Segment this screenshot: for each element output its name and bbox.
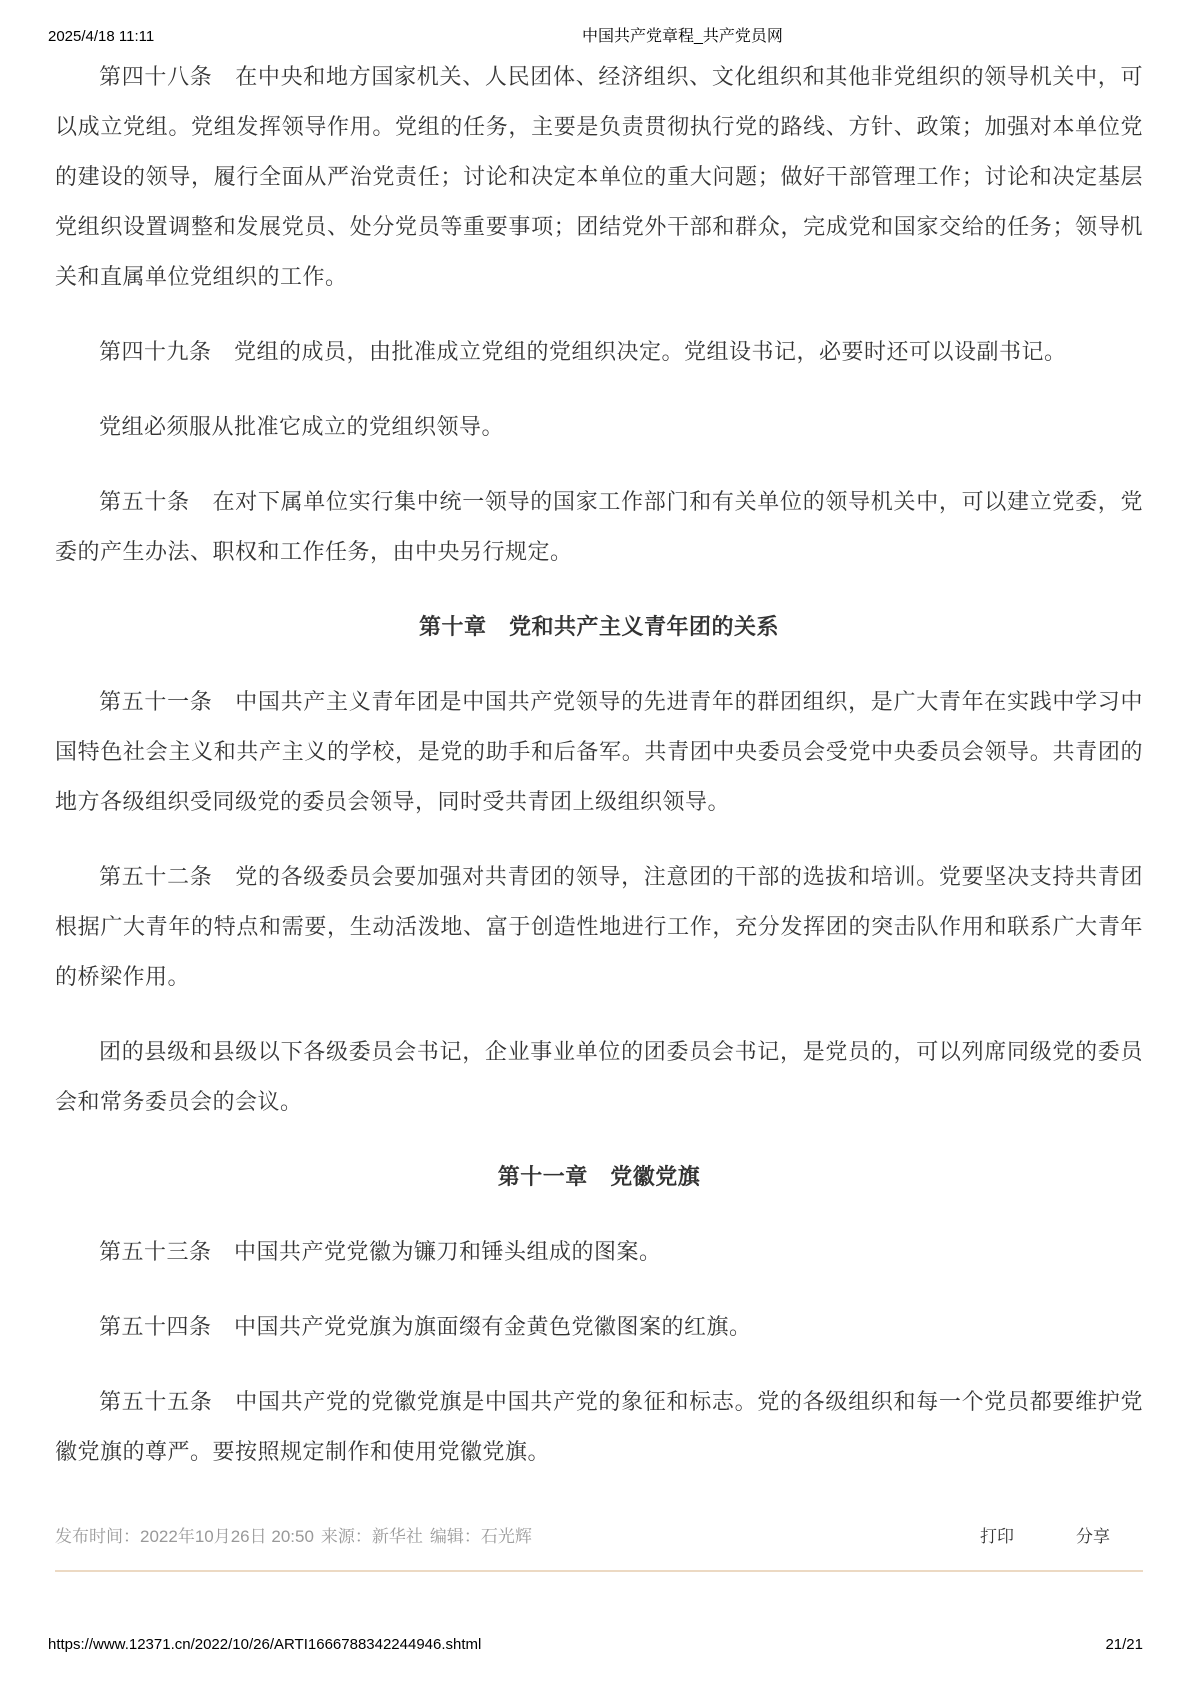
article-paragraph: 第四十九条 党组的成员，由批准成立党组的党组织决定。党组设书记，必要时还可以设副… <box>55 327 1143 377</box>
article-paragraph: 第五十四条 中国共产党党旗为旗面缀有金黄色党徽图案的红旗。 <box>55 1302 1143 1352</box>
article-paragraph: 第五十条 在对下属单位实行集中统一领导的国家工作部门和有关单位的领导机关中，可以… <box>55 477 1143 577</box>
article-paragraph: 党组必须服从批准它成立的党组织领导。 <box>55 402 1143 452</box>
article-meta-row: 发布时间：2022年10月26日 20:50来源：新华社编辑：石光辉 打印 分享 <box>55 1525 1143 1549</box>
page-indicator: 21/21 <box>1105 1636 1143 1654</box>
publish-info: 发布时间：2022年10月26日 20:50来源：新华社编辑：石光辉 <box>55 1525 980 1549</box>
article-paragraph: 第五十三条 中国共产党党徽为镰刀和锤头组成的图案。 <box>55 1227 1143 1277</box>
print-footer-url: https://www.12371.cn/2022/10/26/ARTI1666… <box>48 1636 481 1654</box>
article-blocks: 第四十八条 在中央和地方国家机关、人民团体、经济组织、文化组织和其他非党组织的领… <box>55 52 1143 1477</box>
article-paragraph: 第五十五条 中国共产党的党徽党旗是中国共产党的象征和标志。党的各级组织和每一个党… <box>55 1377 1143 1477</box>
print-button[interactable]: 打印 <box>980 1525 1014 1549</box>
chapter-heading: 第十章 党和共产主义青年团的关系 <box>55 602 1143 652</box>
article-paragraph: 团的县级和县级以下各级委员会书记，企业事业单位的团委员会书记，是党员的，可以列席… <box>55 1027 1143 1127</box>
source-value: 新华社 <box>372 1527 423 1546</box>
editor-label: 编辑： <box>430 1527 481 1546</box>
publish-time-value: 2022年10月26日 20:50 <box>140 1527 314 1546</box>
article-content: 第四十八条 在中央和地方国家机关、人民团体、经济组织、文化组织和其他非党组织的领… <box>55 0 1143 1572</box>
chapter-heading: 第十一章 党徽党旗 <box>55 1152 1143 1202</box>
content-divider <box>55 1570 1143 1572</box>
editor-value: 石光辉 <box>481 1527 532 1546</box>
article-paragraph: 第五十二条 党的各级委员会要加强对共青团的领导，注意团的干部的选拔和培训。党要坚… <box>55 852 1143 1002</box>
share-button[interactable]: 分享 <box>1076 1525 1110 1549</box>
publish-time-label: 发布时间： <box>55 1527 140 1546</box>
source-label: 来源： <box>321 1527 372 1546</box>
print-footer: https://www.12371.cn/2022/10/26/ARTI1666… <box>48 1636 1143 1654</box>
article-paragraph: 第四十八条 在中央和地方国家机关、人民团体、经济组织、文化组织和其他非党组织的领… <box>55 52 1143 302</box>
article-paragraph: 第五十一条 中国共产主义青年团是中国共产党领导的先进青年的群团组织，是广大青年在… <box>55 677 1143 827</box>
